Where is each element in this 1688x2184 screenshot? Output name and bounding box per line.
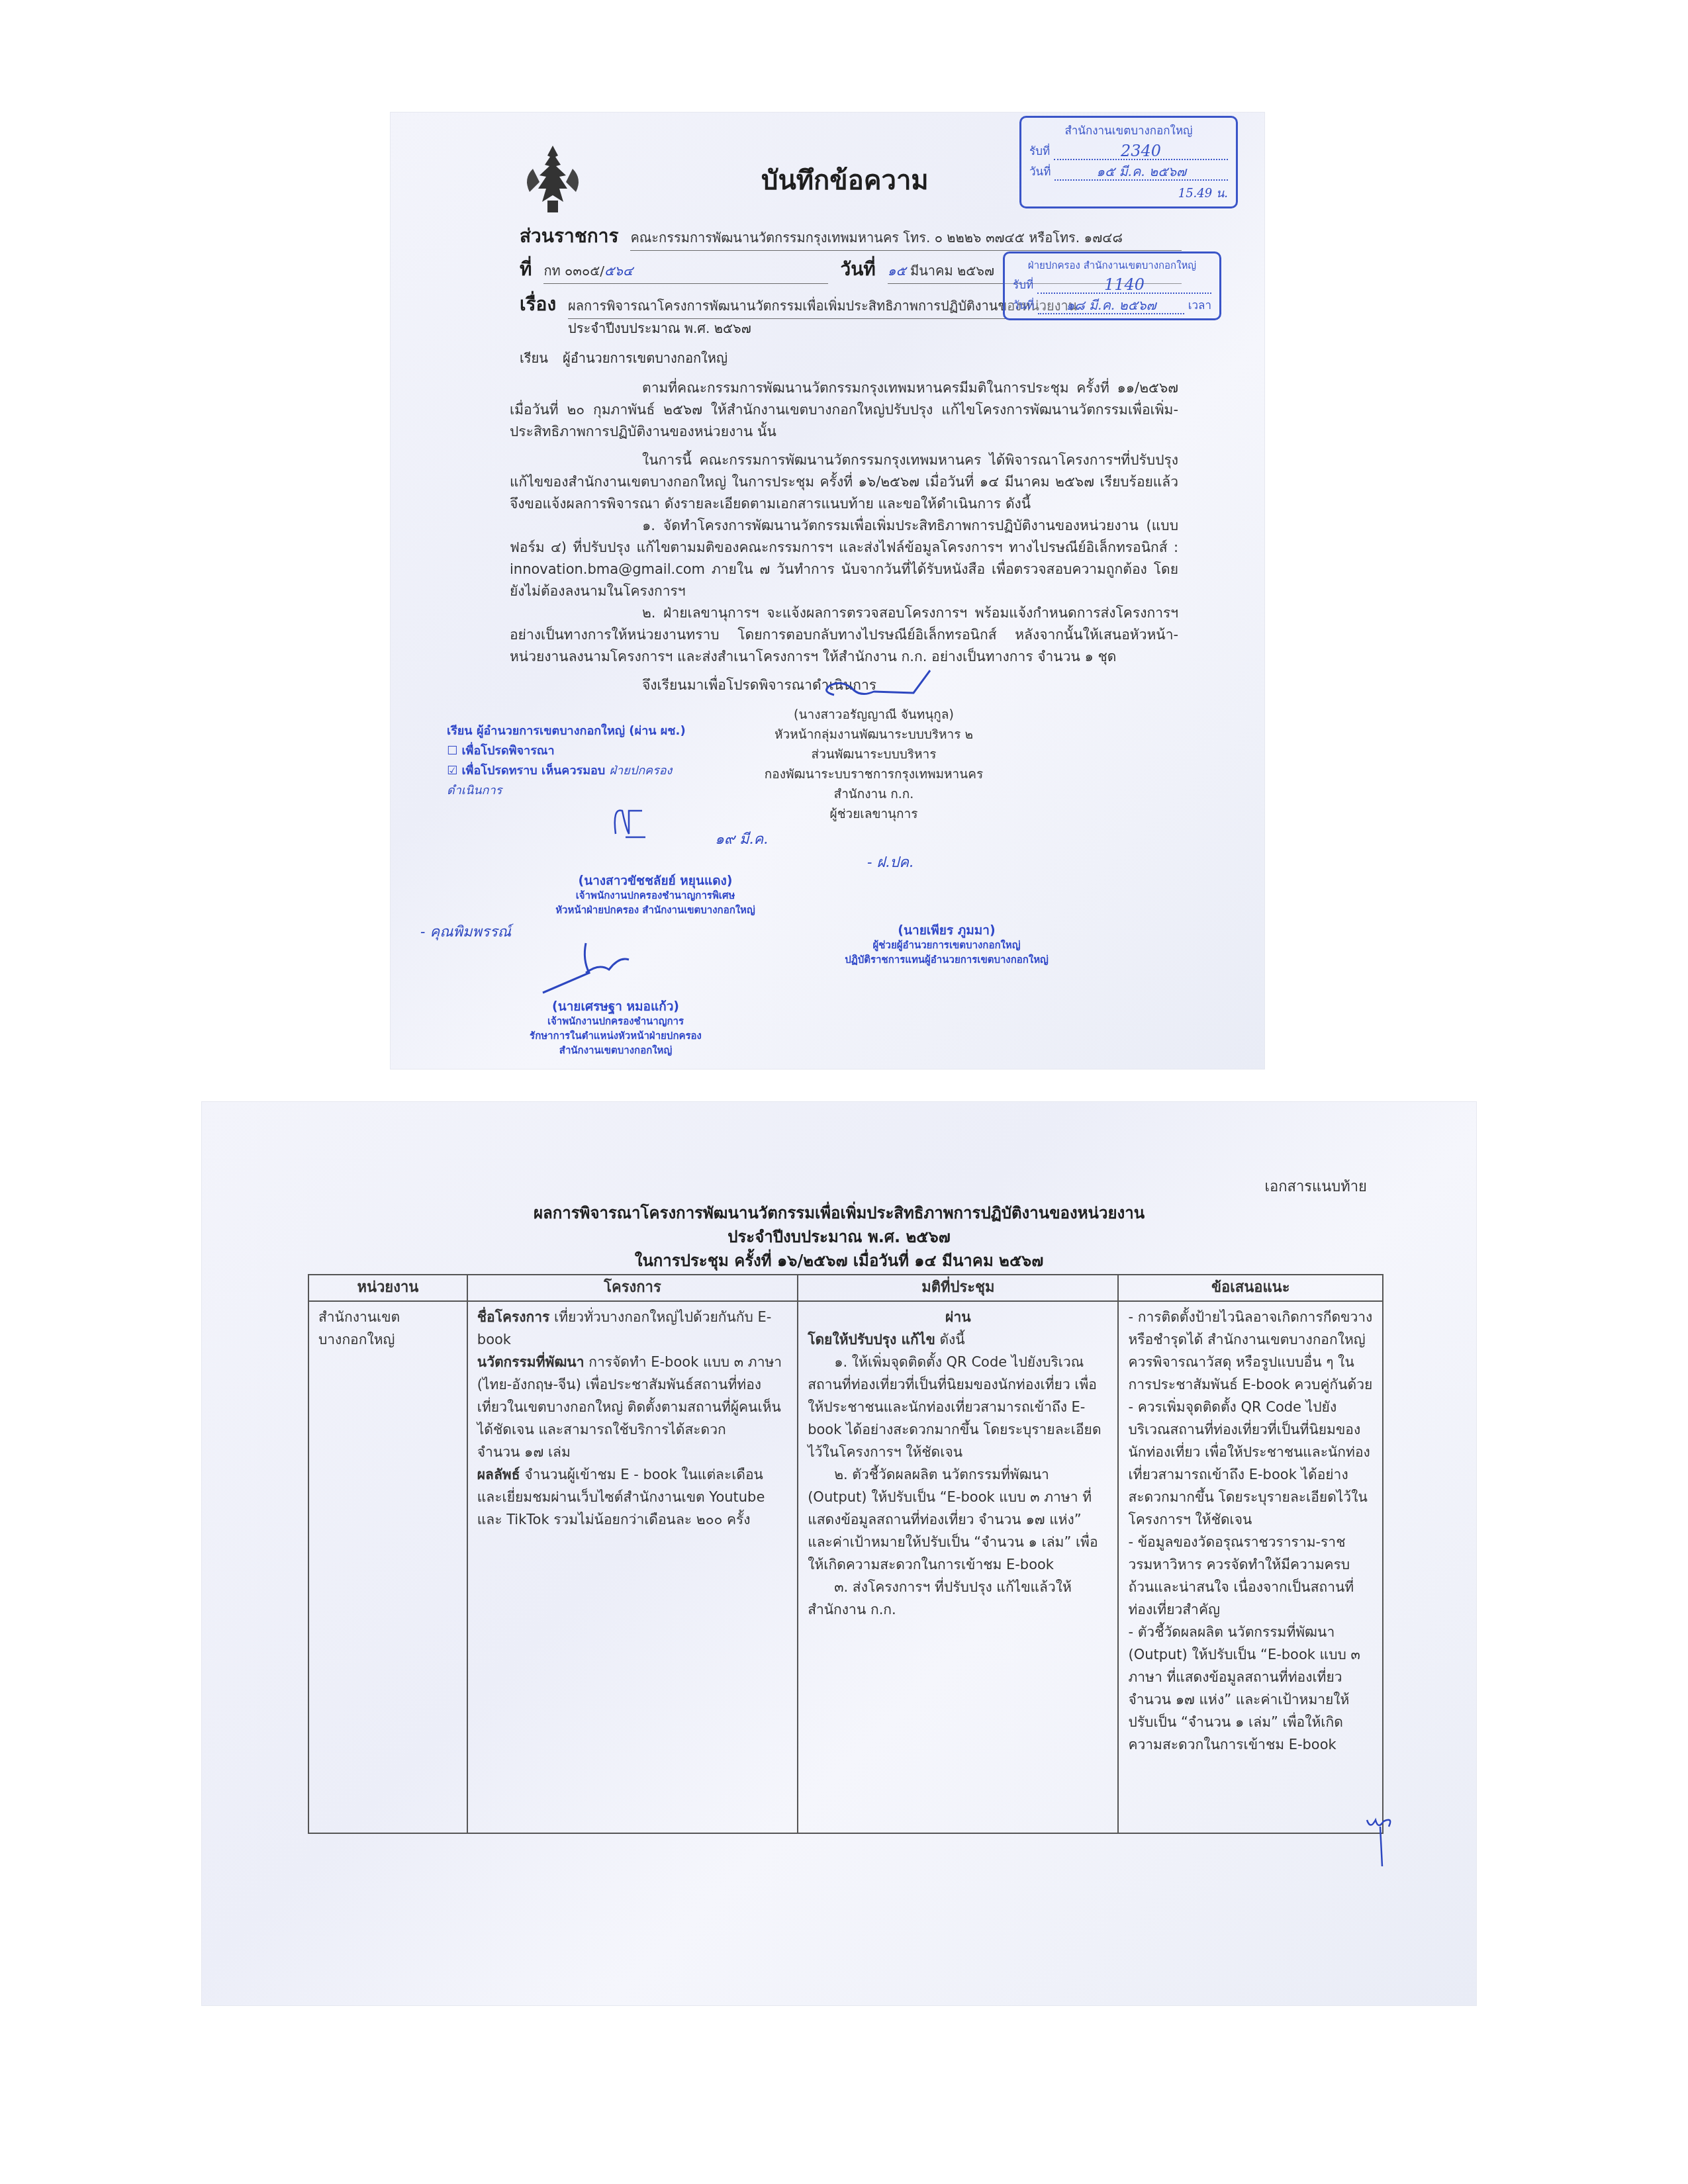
subject-line-2: ประจำปีงบประมาณ พ.ศ. ๒๕๖๗: [568, 318, 751, 339]
ref-label: ที่: [520, 255, 532, 284]
column-header-unit: หน่วยงาน: [308, 1275, 467, 1301]
stamp-no-value: 2340: [1054, 143, 1228, 160]
stamp-no-label: รับที่: [1013, 276, 1033, 294]
resolution-item: ๓. ส่งโครงการฯ ที่ปรับปรุง แก้ไขแล้วให้ส…: [808, 1576, 1108, 1621]
official-1-line: เจ้าพนักงานปกครองชำนาญการพิเศษ: [530, 888, 781, 903]
annex-title: ผลการพิจารณาโครงการพัฒนานวัตกรรมเพื่อเพิ…: [202, 1201, 1476, 1273]
to-label: เรียน: [520, 347, 548, 369]
resolution-item: ๑. ให้เพิ่มจุดติดตั้ง QR Code ไปยังบริเว…: [808, 1351, 1108, 1463]
column-header-resolution: มติที่ประชุม: [798, 1275, 1118, 1301]
results-table: หน่วยงาน โครงการ มติที่ประชุม ข้อเสนอแนะ…: [308, 1274, 1383, 1834]
table-header-row: หน่วยงาน โครงการ มติที่ประชุม ข้อเสนอแนะ: [308, 1275, 1383, 1301]
routing-header: เรียน ผู้อำนวยการเขตบางกอกใหญ่ (ผ่าน ผช.…: [447, 721, 751, 741]
suggestion-item: - ตัวชี้วัดผลผลิต นวัตกรรมที่พัฒนา (Outp…: [1128, 1621, 1373, 1756]
resolution-intro: โดยให้ปรับปรุง แก้ไข: [808, 1332, 935, 1347]
body-paragraph: ๑. จัดทำโครงการพัฒนานวัตกรรมเพื่อเพิ่มปร…: [510, 515, 1178, 602]
body-paragraph: ตามที่คณะกรรมการพัฒนานวัตกรรมกรุงเทพมหาน…: [510, 377, 1178, 443]
cell-suggestions: - การติดตั้งป้ายไวนิลอาจเกิดการกีดขวางหร…: [1118, 1301, 1383, 1833]
memo-title: บันทึกข้อความ: [761, 159, 929, 201]
official-2-line: ผู้ช่วยผู้อำนวยการเขตบางกอกใหญ่: [814, 938, 1079, 952]
annex-title-line: ในการประชุม ครั้งที่ ๑๖/๒๕๖๗ เมื่อวันที่…: [202, 1249, 1476, 1273]
annex-title-line: ประจำปีงบประมาณ พ.ศ. ๒๕๖๗: [202, 1225, 1476, 1249]
subject-label: เรื่อง: [520, 290, 556, 319]
column-header-suggestions: ข้อเสนอแนะ: [1118, 1275, 1383, 1301]
official-1-block: (นางสาวขัชชลัยย์ หยุนแดง) เจ้าพนักงานปกค…: [530, 874, 781, 917]
memo-page: บันทึกข้อความ สำนักงานเขตบางกอกใหญ่ รับท…: [391, 113, 1264, 1069]
initials-mark: [1364, 1813, 1397, 1873]
ref-handwritten: ๕๖๔: [604, 263, 633, 279]
signatory-line: ส่วนพัฒนาระบบบริหาร: [735, 745, 1013, 764]
stamp-office: ฝ่ายปกครอง สำนักงานเขตบางกอกใหญ่: [1013, 257, 1211, 273]
stamp-date-value: ๑๕ มี.ค. ๒๕๖๗: [1055, 163, 1228, 181]
annex-title-line: ผลการพิจารณาโครงการพัฒนานวัตกรรมเพื่อเพิ…: [202, 1201, 1476, 1225]
to-row: เรียน ผู้อำนวยการเขตบางกอกใหญ่: [520, 347, 727, 369]
ref-field: กท ๐๓๐๕/๕๖๔: [543, 260, 828, 284]
resolution-item: ๒. ตัวชี้วัดผลผลิต นวัตกรรมที่พัฒนา (Out…: [808, 1463, 1108, 1576]
resolution-status: ผ่าน: [808, 1306, 1108, 1328]
routing-date: ๑๙ มี.ค.: [715, 827, 768, 850]
official-1-name: (นางสาวขัชชลัยย์ หยุนแดง): [530, 874, 781, 888]
to-value: ผู้อำนวยการเขตบางกอกใหญ่: [563, 347, 727, 369]
official-3-line: สำนักงานเขตบางกอกใหญ่: [496, 1043, 735, 1058]
checkbox-consider: ☐: [447, 744, 461, 758]
memo-body: ตามที่คณะกรรมการพัฒนานวัตกรรมกรุงเทพมหาน…: [510, 377, 1178, 696]
stamp-office: สำนักงานเขตบางกอกใหญ่: [1029, 122, 1228, 140]
signatory-name: (นางสาวอรัญญาณี จันทนุกูล): [735, 705, 1013, 725]
resolution-intro-rest: ดังนี้: [939, 1332, 964, 1347]
garuda-emblem-icon: [520, 142, 586, 215]
stamp-time-value: 15.49 น.: [1178, 183, 1228, 203]
routing-note: ดำเนินการ: [447, 781, 751, 801]
official-2-name: (นายเพียร ภูมมา): [814, 923, 1079, 938]
signatory-line: สำนักงาน ก.ก.: [735, 784, 1013, 804]
checkbox-acknowledge: ☑: [447, 764, 461, 778]
innovation-qty: จำนวน ๑๗ เล่ม: [477, 1444, 571, 1460]
stamp-no-label: รับที่: [1029, 142, 1050, 160]
date-value: มีนาคม ๒๕๖๗: [910, 263, 994, 279]
cell-unit: สำนักงานเขตบางกอกใหญ่: [308, 1301, 467, 1833]
project-name-label: ชื่อโครงการ: [477, 1309, 550, 1325]
outcome-value: จำนวนผู้เข้าชม E - book ในแต่ละเดือนและเ…: [477, 1467, 765, 1527]
agency-label: ส่วนราชการ: [520, 222, 618, 251]
signatory-block: (นางสาวอรัญญาณี จันทนุกูล) หัวหน้ากลุ่มง…: [735, 705, 1013, 824]
agency-value: คณะกรรมการพัฒนานวัตกรรมกรุงเทพมหานคร โทร…: [630, 227, 1182, 251]
table-row: สำนักงานเขตบางกอกใหญ่ ชื่อโครงการ เที่ยว…: [308, 1301, 1383, 1833]
suggestion-item: - ข้อมูลของวัดอรุณราชวราราม-ราชวรมหาวิหา…: [1128, 1531, 1373, 1621]
column-header-project: โครงการ: [467, 1275, 798, 1301]
official-3-line: รักษาการในตำแหน่งหัวหน้าฝ่ายปกครอง: [496, 1028, 735, 1043]
routing-assignee: ฝ่ายปกครอง: [610, 764, 673, 778]
cell-resolution: ผ่าน โดยให้ปรับปรุง แก้ไข ดังนี้ ๑. ให้เ…: [798, 1301, 1118, 1833]
receipt-stamp-district: สำนักงานเขตบางกอกใหญ่ รับที่2340 วันที่๑…: [1019, 116, 1238, 208]
official-2-block: (นายเพียร ภูมมา) ผู้ช่วยผู้อำนวยการเขตบา…: [814, 923, 1079, 967]
suggestion-item: - การติดตั้งป้ายไวนิลอาจเกิดการกีดขวางหร…: [1128, 1306, 1373, 1396]
official-2-line: ปฏิบัติราชการแทนผู้อำนวยการเขตบางกอกใหญ่: [814, 952, 1079, 967]
routing-stamp: เรียน ผู้อำนวยการเขตบางกอกใหญ่ (ผ่าน ผช.…: [447, 721, 751, 801]
official-3-line: เจ้าพนักงานปกครองชำนาญการ: [496, 1014, 735, 1028]
suggestion-item: - ควรเพิ่มจุดติดตั้ง QR Code ไปยังบริเวณ…: [1128, 1396, 1373, 1531]
body-paragraph: ๒. ฝ่ายเลขานุการฯ จะแจ้งผลการตรวจสอบโครง…: [510, 602, 1178, 668]
innovation-label: นวัตกรรมที่พัฒนา: [477, 1354, 585, 1370]
routing-option-acknowledge: เพื่อโปรดทราบ เห็นควรมอบ: [461, 764, 605, 778]
official-1-line: หัวหน้าฝ่ายปกครอง สำนักงานเขตบางกอกใหญ่: [530, 903, 781, 917]
signatory-line: กองพัฒนาระบบราชการกรุงเทพมหานคร: [735, 764, 1013, 784]
official-2-note: - ฝ.ปค.: [867, 850, 914, 874]
ref-value: กท ๐๓๐๕/: [543, 263, 604, 279]
date-label: วันที่: [840, 255, 875, 284]
annex-tag: เอกสารแนบท้าย: [1264, 1175, 1367, 1198]
assignment-note: - คุณพิมพรรณ์: [420, 920, 511, 943]
stamp-date-label: วันที่: [1013, 296, 1034, 314]
annex-page: เอกสารแนบท้าย ผลการพิจารณาโครงการพัฒนานว…: [202, 1102, 1476, 2005]
stamp-date-value: ๑๘ มี.ค. ๒๕๖๗: [1038, 297, 1184, 314]
stamp-no-value: 1140: [1037, 277, 1211, 294]
outcome-label: ผลลัพธ์: [477, 1467, 520, 1482]
official-3-name: (นายเศรษฐา หมอแก้ว): [496, 999, 735, 1014]
initials-mark: [609, 801, 649, 841]
routing-option-consider: เพื่อโปรดพิจารณา: [461, 744, 554, 758]
signatory-line: ผู้ช่วยเลขานุการ: [735, 804, 1013, 824]
stamp-time-label: เวลา: [1188, 296, 1211, 314]
stamp-date-label: วันที่: [1029, 163, 1051, 181]
signatory-line: หัวหน้ากลุ่มงานพัฒนาระบบบริหาร ๒: [735, 725, 1013, 745]
official-3-block: (นายเศรษฐา หมอแก้ว) เจ้าพนักงานปกครองชำน…: [496, 999, 735, 1058]
official-3-signature-mark: [536, 936, 642, 996]
agency-row: ส่วนราชการ คณะกรรมการพัฒนานวัตกรรมกรุงเท…: [520, 222, 1182, 251]
body-paragraph: ในการนี้ คณะกรรมการพัฒนานวัตกรรมกรุงเทพม…: [510, 449, 1178, 515]
cell-project: ชื่อโครงการ เที่ยวทั่วบางกอกใหญ่ไปด้วยกั…: [467, 1301, 798, 1833]
date-handwritten: ๑๕: [888, 263, 906, 279]
receipt-stamp-admin: ฝ่ายปกครอง สำนักงานเขตบางกอกใหญ่ รับที่1…: [1003, 251, 1221, 320]
